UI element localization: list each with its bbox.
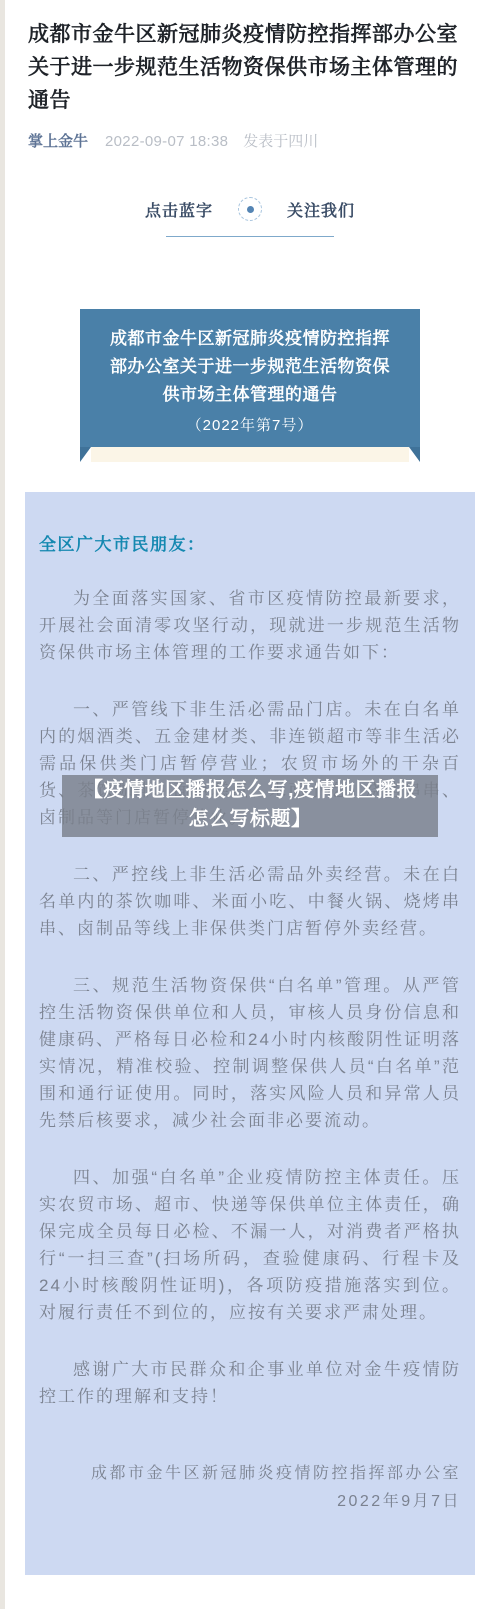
banner-title: 成都市金牛区新冠肺炎疫情防控指挥部办公室关于进一步规范生活物资保供市场主体管理的… — [106, 325, 394, 409]
notice-paragraph: 为全面落实国家、省市区疫情防控最新要求，开展社会面清零攻坚行动，现就进一步规范生… — [39, 585, 461, 666]
banner-ribbon — [80, 447, 420, 462]
follow-dot-icon — [238, 197, 262, 221]
banner-issue-number: （2022年第7号） — [106, 414, 394, 438]
follow-divider — [166, 236, 334, 237]
follow-right-label: 关注我们 — [287, 198, 355, 221]
ribbon-strip — [91, 447, 409, 462]
banner-body: 成都市金牛区新冠肺炎疫情防控指挥部办公室关于进一步规范生活物资保供市场主体管理的… — [80, 309, 420, 447]
notice-title-banner: 成都市金牛区新冠肺炎疫情防控指挥部办公室关于进一步规范生活物资保供市场主体管理的… — [80, 309, 420, 462]
publish-location: 发表于四川 — [243, 130, 318, 151]
notice-paragraph: 三、规范生活物资保供“白名单”管理。从严管控生活物资保供单位和人员，审核人员身份… — [39, 972, 461, 1134]
follow-left-label: 点击蓝字 — [145, 198, 213, 221]
notice-paragraph: 二、严控线上非生活必需品外卖经营。未在白名单内的茶饮咖啡、米面小吃、中餐火锅、烧… — [39, 861, 461, 942]
notice-paragraph: 感谢广大市民群众和企事业单位对金牛疫情防控工作的理解和支持！ — [39, 1356, 461, 1410]
ribbon-fold-left — [80, 447, 91, 462]
signature-org: 成都市金牛区新冠肺炎疫情防控指挥部办公室 — [39, 1460, 461, 1488]
follow-prompt[interactable]: 点击蓝字 关注我们 — [0, 197, 500, 221]
page-edge-strip — [0, 0, 5, 1609]
watermark-overlay: 【疫情地区播报怎么写,疫情地区播报怎么写标题】 — [62, 775, 438, 837]
ribbon-fold-right — [409, 447, 420, 462]
byline: 掌上金牛 2022-09-07 18:38 发表于四川 — [28, 130, 476, 151]
publish-timestamp: 2022-09-07 18:38 — [105, 133, 228, 150]
dot-icon — [247, 206, 254, 213]
notice-body: 全区广大市民朋友： 为全面落实国家、省市区疫情防控最新要求，开展社会面清零攻坚行… — [25, 492, 475, 1575]
article-title: 成都市金牛区新冠肺炎疫情防控指挥部办公室关于进一步规范生活物资保供市场主体管理的… — [28, 18, 476, 117]
signature-block: 成都市金牛区新冠肺炎疫情防控指挥部办公室 2022年9月7日 — [39, 1460, 461, 1516]
article-header: 成都市金牛区新冠肺炎疫情防控指挥部办公室关于进一步规范生活物资保供市场主体管理的… — [0, 0, 500, 151]
notice-paragraph: 四、加强“白名单”企业疫情防控主体责任。压实农贸市场、超市、快递等保供单位主体责… — [39, 1164, 461, 1326]
signature-date: 2022年9月7日 — [39, 1488, 461, 1516]
account-name-link[interactable]: 掌上金牛 — [28, 130, 88, 151]
watermark-text: 【疫情地区播报怎么写,疫情地区播报怎么写标题】 — [78, 776, 422, 834]
salutation: 全区广大市民朋友： — [39, 530, 461, 555]
